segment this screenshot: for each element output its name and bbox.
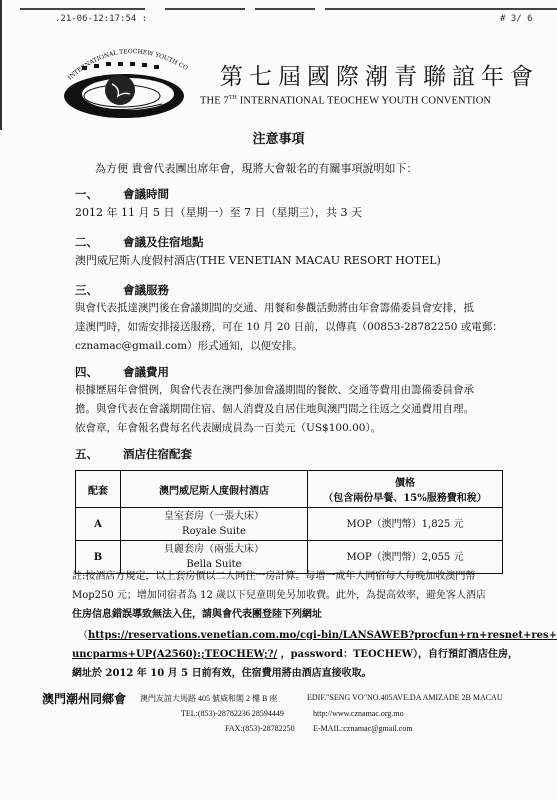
section-body-4-line-2: 擔。與會代表在會議期間住宿、個人消費及自居住地與澳門間之往返之交通費用自理。 <box>75 400 474 418</box>
header-price-note: （包含兩份早餐、15%服務費和稅） <box>308 489 502 504</box>
section-body-3-line-1: 與會代表抵達澳門後在會議期間的交通、用餐和參觀活動將由年會籌備委員會安排，抵 <box>75 299 474 317</box>
footer-email[interactable]: E-MAIL:cznamac@gmail.com <box>313 724 413 733</box>
title-en-suffix: INTERNATIONAL TEOCHEW YOUTH CONVENTION <box>237 96 491 107</box>
room-name-en: Royale Suite <box>121 524 307 539</box>
note-line-2: Mop250 元；增加同宿者為 12 歲以下兒童則免另加收費。此外，為提高效率，… <box>72 587 486 605</box>
reservation-link-continued[interactable]: uncparms+UP(A2560):;TEOCHEW;?/ <box>72 649 277 660</box>
reservation-link[interactable]: https://reservations.venetian.com.mo/cgi… <box>88 630 557 641</box>
reservation-link-line-1: （https://reservations.venetian.com.mo/cg… <box>78 627 557 645</box>
fax-page-marker: # 3/ 6 <box>500 14 533 24</box>
footer-organization: 澳門潮州同鄉會 <box>42 690 126 707</box>
logo-emblem-icon: INTERNATIONAL TEOCHEW YOUTH CONVENTION <box>62 40 192 122</box>
section-body-2: 澳門威尼斯人度假村酒店(THE VENETIAN MACAU RESORT HO… <box>75 252 441 270</box>
section-body-4-line-1: 根據歷屆年會慣例，與會代表在澳門參加會議期間的餐飲、交通等費用由籌備委員會承 <box>75 381 474 399</box>
header-package: 配套 <box>76 471 121 508</box>
section-heading-1: 一、會議時間 <box>75 186 169 202</box>
header-price: 價格 （包含兩份早餐、15%服務費和稅） <box>308 471 503 508</box>
section-title: 會議及住宿地點 <box>123 235 204 249</box>
footer-website[interactable]: http://www.cznamac.org.mo <box>313 709 404 718</box>
footer-tel: TEL:(853)-28782236 28594449 <box>181 709 284 718</box>
reservation-link-line-2: uncparms+UP(A2560):;TEOCHEW;?/ ，password… <box>72 646 518 664</box>
title-en-sup: TH <box>229 95 237 101</box>
room-name-cn: 貝麗套房（兩張大床） <box>121 542 307 557</box>
section-number: 一、 <box>75 186 123 202</box>
header-hotel: 澳門威尼斯人度假村酒店 <box>121 471 308 508</box>
footer-address-cn: 澳門友誼大馬路 405 號威和閣 2 樓 B 座 <box>140 693 277 704</box>
section-body-1: 2012 年 11 月 5 日（星期一）至 7 日（星期三），共 3 天 <box>75 204 362 222</box>
link-validity-note: 網址於 2012 年 10 月 5 日前有效，住宿費用將由酒店直接收取。 <box>72 665 372 683</box>
section-number: 五、 <box>75 446 123 462</box>
scan-edge <box>0 0 2 130</box>
fax-rule <box>325 8 415 10</box>
section-heading-2: 二、會議及住宿地點 <box>75 234 204 250</box>
fax-rule <box>410 8 557 10</box>
table-row: A 皇室套房（一張大床） Royale Suite MOP（澳門幣）1,825 … <box>76 508 503 541</box>
section-title: 會議服務 <box>123 283 169 297</box>
section-heading-5: 五、酒店住宿配套 <box>75 446 192 462</box>
room-price: MOP（澳門幣）1,825 元 <box>308 508 503 541</box>
notice-heading: 注意事項 <box>0 128 557 147</box>
title-en-prefix: THE 7 <box>200 96 229 107</box>
paren-open: （ <box>78 630 88 641</box>
section-number: 二、 <box>75 234 123 250</box>
section-heading-4: 四、會議費用 <box>75 364 169 380</box>
fax-document-page: .21-06-12:17:54 : # 3/ 6 INTERNATIONAL T… <box>0 0 557 800</box>
section-body-3-line-3: cznamac@gmail.com）形式通知，以便安排。 <box>75 337 303 355</box>
convention-title-english: THE 7TH INTERNATIONAL TEOCHEW YOUTH CONV… <box>200 95 491 107</box>
section-number: 四、 <box>75 364 123 380</box>
package-code: A <box>76 508 121 541</box>
section-heading-3: 三、會議服務 <box>75 282 169 298</box>
room-name-cn: 皇室套房（一張大床） <box>121 509 307 524</box>
fax-rule <box>20 8 145 10</box>
hotel-package-table: 配套 澳門威尼斯人度假村酒店 價格 （包含兩份早餐、15%服務費和稅） A 皇室… <box>75 470 503 574</box>
note-line-3: 住房信息錯誤導致無法入住，請與會代表團登陸下列網址 <box>72 606 322 624</box>
section-body-3-line-2: 達澳門時，如需安排接送服務，可在 10 月 20 日前，以傳真（00853-28… <box>75 318 503 336</box>
footer-fax: FAX:(853)-28782250 <box>225 724 295 733</box>
room-type: 皇室套房（一張大床） Royale Suite <box>121 508 308 541</box>
header-price-title: 價格 <box>308 474 502 489</box>
password-note: ，password：TEOCHEW），自行預訂酒店住房， <box>277 649 518 660</box>
section-number: 三、 <box>75 282 123 298</box>
section-title: 會議時間 <box>123 187 169 201</box>
footer-address-en: EDIF."SENG VO"NO.405AVE.DA AMIZADE 2B MA… <box>307 693 503 702</box>
fax-rule <box>255 8 315 10</box>
fax-rule <box>165 8 245 10</box>
convention-logo: INTERNATIONAL TEOCHEW YOUTH CONVENTION <box>62 40 192 122</box>
section-title: 酒店住宿配套 <box>123 447 192 461</box>
section-title: 會議費用 <box>123 365 169 379</box>
notice-intro: 為方便 貴會代表團出席年會，現將大會報名的有關事項說明如下： <box>95 160 418 178</box>
note-line-1: 註:按酒店方規定，以上套房價以二人同住一房計算。每增一成年人同宿每人每晚加收澳門… <box>72 568 475 586</box>
table-header-row: 配套 澳門威尼斯人度假村酒店 價格 （包含兩份早餐、15%服務費和稅） <box>76 471 503 508</box>
convention-title-chinese: 第七屆國際潮青聯誼年會 <box>220 58 539 91</box>
section-body-4-line-3: 依會章，年會報名費每名代表團成員為一百美元（US$100.00）。 <box>75 419 381 437</box>
fax-timestamp: .21-06-12:17:54 : <box>55 14 147 24</box>
